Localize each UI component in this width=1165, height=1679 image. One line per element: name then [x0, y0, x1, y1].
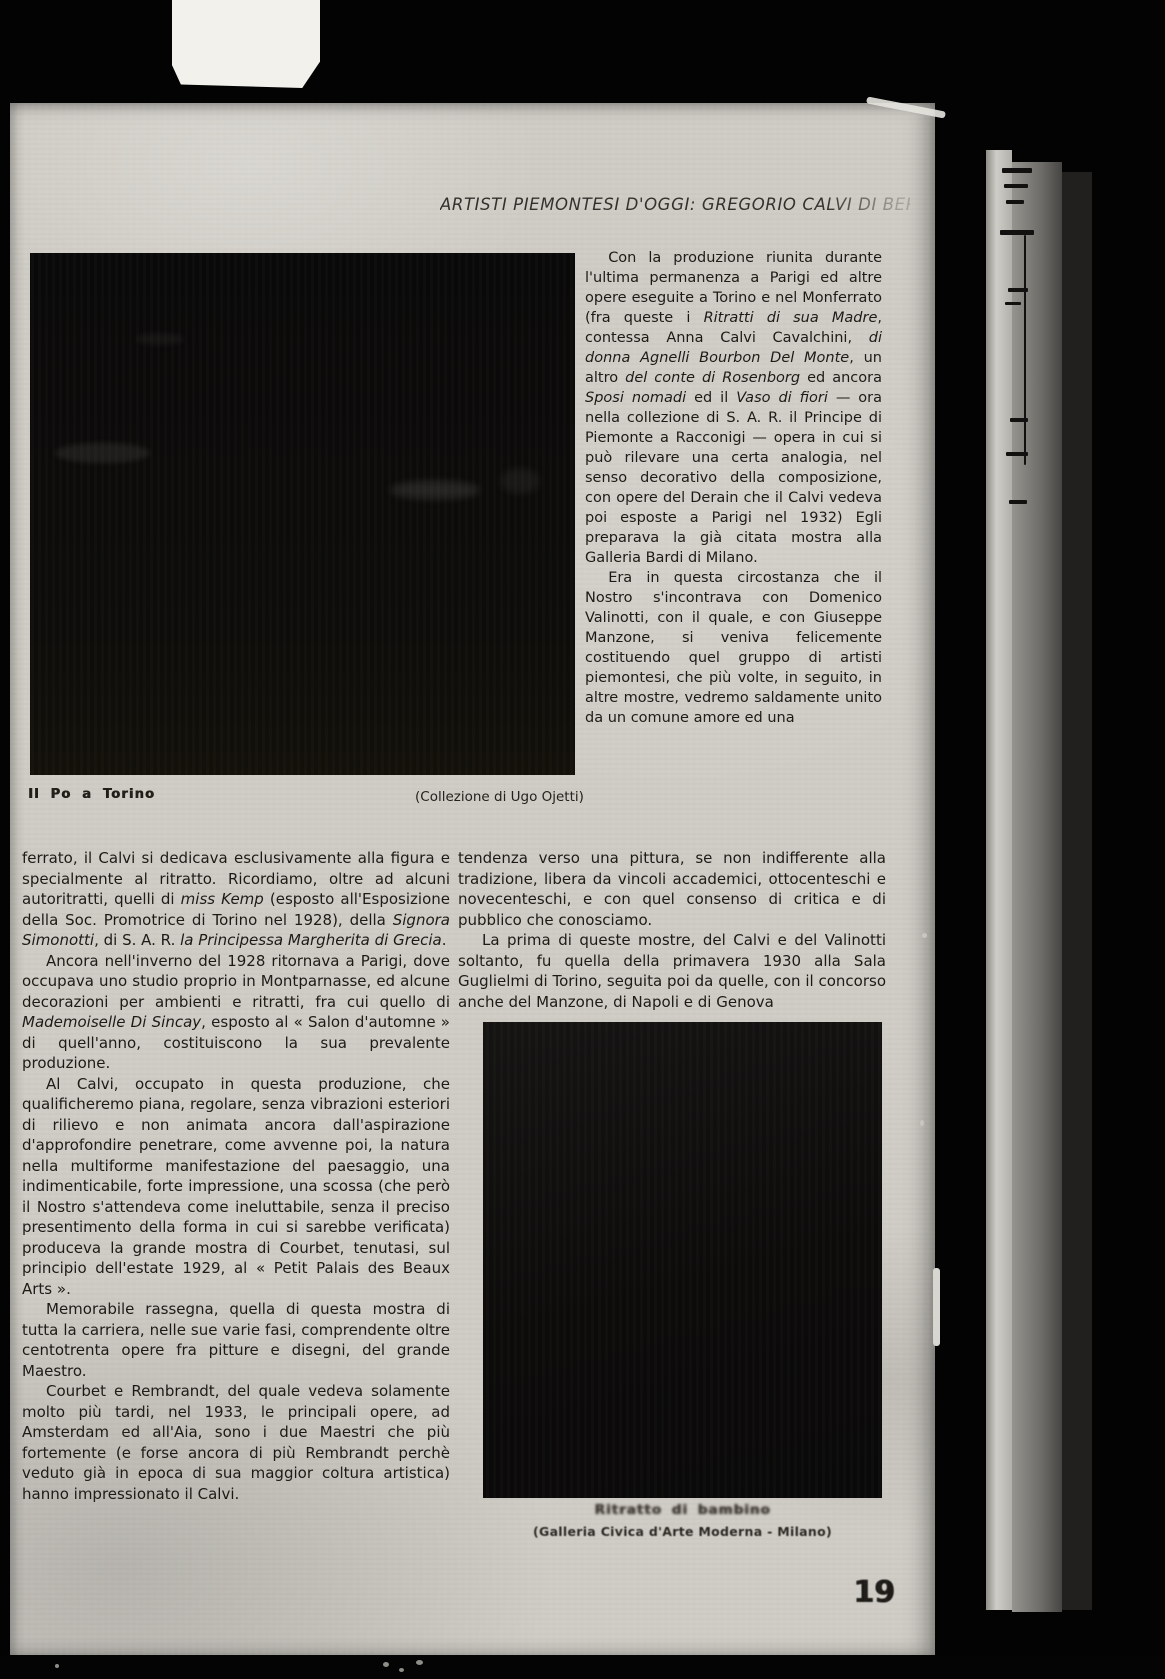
scan-speck	[920, 1120, 924, 1126]
column-left: ferrato, il Calvi si dedicava esclusivam…	[22, 848, 450, 1560]
book-page-edge-dark	[1062, 172, 1092, 1610]
running-head: ARTISTI PIEMONTESI D'OGGI: GREGORIO CALV…	[440, 195, 910, 214]
scan-speck	[383, 1662, 389, 1667]
scan-paper-slip	[172, 0, 320, 88]
scan-speck	[416, 1660, 423, 1665]
paragraph: Courbet e Rembrandt, del quale vedeva so…	[22, 1381, 450, 1504]
photo2-caption-credit: (Galleria Civica d'Arte Moderna - Milano…	[465, 1524, 900, 1539]
spine-mark	[1000, 230, 1034, 235]
page-number: 19	[853, 1575, 895, 1610]
column-right-top: Con la produzione riunita durante l'ulti…	[585, 248, 882, 790]
photo-faint-highlight	[500, 468, 540, 494]
photo2-caption-title: Ritratto di bambino	[465, 1502, 900, 1518]
spine-mark	[1006, 200, 1024, 204]
spine-mark	[1006, 452, 1028, 456]
scan-speck	[922, 933, 927, 938]
book-page: ARTISTI PIEMONTESI D'OGGI: GREGORIO CALV…	[10, 103, 935, 1660]
spine-mark	[1002, 168, 1032, 173]
spine-mark	[1010, 418, 1028, 422]
paragraph: tendenza verso una pittura, se non indif…	[458, 848, 886, 930]
painting-photo-il-po-a-torino	[30, 253, 575, 775]
scan-bottom-margin	[0, 1655, 1165, 1679]
paragraph: Ancora nell'inverno del 1928 ritornava a…	[22, 951, 450, 1074]
paragraph: Era in questa circostanza che il Nostro …	[585, 568, 882, 728]
painting-photo-ritratto-di-bambino	[483, 1022, 882, 1498]
paragraph: Memorabile rassegna, quella di questa mo…	[22, 1299, 450, 1381]
photo1-caption-credit: (Collezione di Ugo Ojetti)	[415, 789, 584, 805]
scan-speck	[399, 1668, 404, 1672]
book-page-edge-light	[986, 150, 1012, 1610]
book-page-edge-mid	[1012, 162, 1062, 1612]
page-edge-glint	[933, 1268, 940, 1346]
paragraph: ferrato, il Calvi si dedicava esclusivam…	[22, 848, 450, 951]
spine-mark	[1024, 235, 1026, 465]
paragraph: Al Calvi, occupato in questa produzione,…	[22, 1074, 450, 1300]
spine-mark	[1004, 184, 1028, 188]
scanned-book-spread: ARTISTI PIEMONTESI D'OGGI: GREGORIO CALV…	[0, 0, 1165, 1679]
paragraph: Con la produzione riunita durante l'ulti…	[585, 248, 882, 568]
scan-speck	[55, 1664, 59, 1668]
photo-faint-signature	[55, 443, 150, 463]
photo-faint-highlight	[135, 333, 185, 345]
column-right-bottom: tendenza verso una pittura, se non indif…	[458, 848, 886, 1024]
photo-faint-highlight	[390, 481, 480, 499]
paragraph: La prima di queste mostre, del Calvi e d…	[458, 930, 886, 1012]
photo1-caption-title: Il Po a Torino	[28, 787, 155, 802]
spine-mark	[1005, 302, 1021, 305]
spine-mark	[1009, 500, 1027, 504]
